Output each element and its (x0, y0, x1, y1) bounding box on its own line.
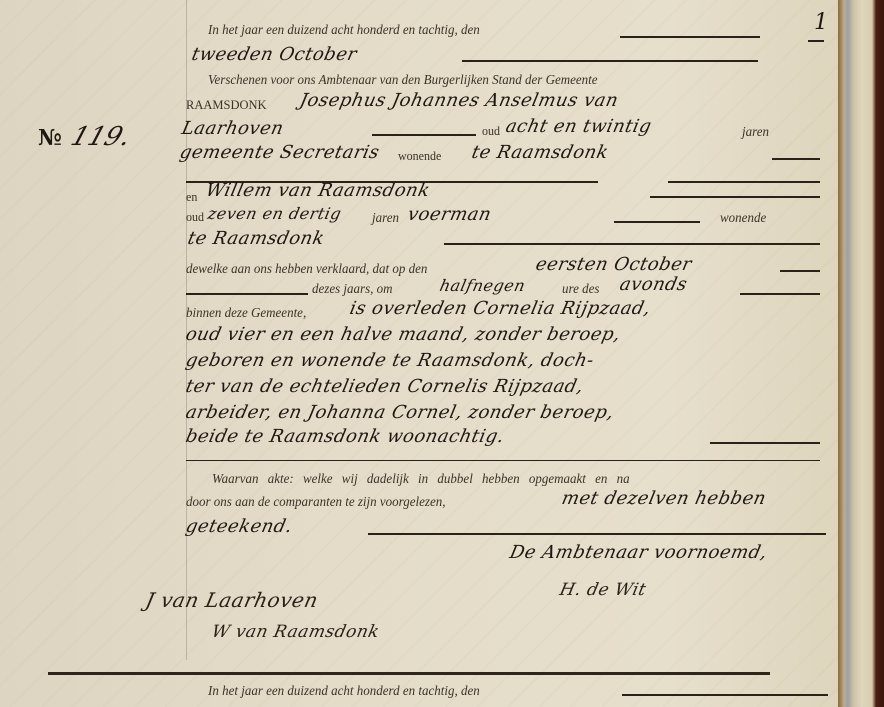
body-line-3: ter van de echtelieden Cornelis Rijpzaad… (184, 376, 586, 397)
declarant1-name-first: Josephus Johannes Anselmus van (298, 90, 621, 111)
declarant1-name-last: Laarhoven (180, 118, 286, 139)
handwritten-date: tweeden October (190, 44, 359, 65)
label-wonende-2: wonende (720, 210, 766, 227)
blank-rule (772, 158, 820, 160)
record-number-value: 119. (67, 122, 135, 152)
blank-rule (186, 293, 308, 295)
death-period: avonds (618, 274, 690, 295)
blank-rule (368, 533, 826, 535)
section-rule (186, 460, 820, 461)
signed-clause-end: geteekend. (184, 516, 295, 537)
record-number: №119. (38, 122, 130, 152)
declarant2-occupation: voerman (406, 204, 494, 225)
body-line-1: oud vier en een halve maand, zonder bero… (184, 324, 623, 345)
declarant2-residence: te Raamsdonk (186, 228, 327, 249)
blank-rule (462, 60, 758, 62)
signature-declarant-1: J van Laarhoven (143, 588, 320, 612)
body-line-5: beide te Raamsdonk woonachtig. (184, 426, 507, 447)
next-record-line: In het jaar een duizend acht honderd en … (208, 683, 480, 700)
printed-declared-line: dewelke aan ons hebben verklaard, dat op… (186, 261, 427, 278)
numero-sign: № (38, 125, 62, 151)
blank-rule (372, 134, 476, 136)
blank-rule (780, 270, 820, 272)
record-separator (48, 672, 770, 675)
label-oud-2: oud (186, 210, 204, 226)
printed-year-time-line: dezes jaars, om (312, 281, 393, 298)
corner-mark-stroke (808, 40, 824, 42)
blank-rule (668, 181, 820, 183)
body-line-2: geboren en wonende te Raamsdonk, doch- (184, 350, 596, 371)
printed-appeared-line: Verschenen voor ons Ambtenaar van den Bu… (208, 72, 598, 89)
declarant2-name: Willem van Raamsdonk (204, 180, 432, 201)
label-jaren: jaren (742, 124, 769, 141)
blank-rule (620, 36, 760, 38)
signed-clause: met dezelven hebben (560, 488, 768, 509)
blank-rule (740, 293, 820, 295)
signature-official: H. de Wit (558, 580, 648, 600)
label-jaren-2: jaren (372, 210, 399, 227)
blank-rule (622, 694, 828, 696)
declarant1-residence: te Raamsdonk (470, 142, 611, 163)
label-wonende: wonende (398, 149, 441, 165)
label-oud: oud (482, 124, 500, 140)
book-binding-edge (838, 0, 884, 707)
printed-closing-line-2: door ons aan de comparanten te zijn voor… (186, 494, 445, 511)
label-ure-des: ure des (562, 281, 599, 298)
deceased-intro: is overleden Cornelia Rijpzaad, (348, 298, 653, 319)
declarant1-age: acht en twintig (504, 116, 654, 137)
corner-mark: 1 (814, 10, 828, 35)
blank-rule (614, 221, 700, 223)
signature-declarant-2: W van Raamsdonk (210, 622, 381, 642)
declarant2-age: zeven en dertig (206, 204, 343, 223)
blank-rule (710, 442, 820, 444)
declarant1-occupation: gemeente Secretaris (178, 142, 382, 163)
printed-municipality-line: binnen deze Gemeente, (186, 305, 306, 322)
official-title: De Ambtenaar voornoemd, (508, 542, 769, 563)
printed-closing-line-1: Waarvan akte: welke wij dadelijk in dubb… (212, 471, 630, 488)
blank-rule (650, 196, 820, 198)
label-en: en (186, 190, 197, 206)
printed-year-line: In het jaar een duizend acht honderd en … (208, 22, 480, 39)
blank-rule (444, 243, 820, 245)
municipality-name: RAAMSDONK (186, 98, 267, 114)
death-date: eersten October (534, 254, 694, 275)
death-time: halfnegen (438, 276, 527, 295)
body-line-4: arbeider, en Johanna Cornel, zonder bero… (184, 402, 616, 423)
